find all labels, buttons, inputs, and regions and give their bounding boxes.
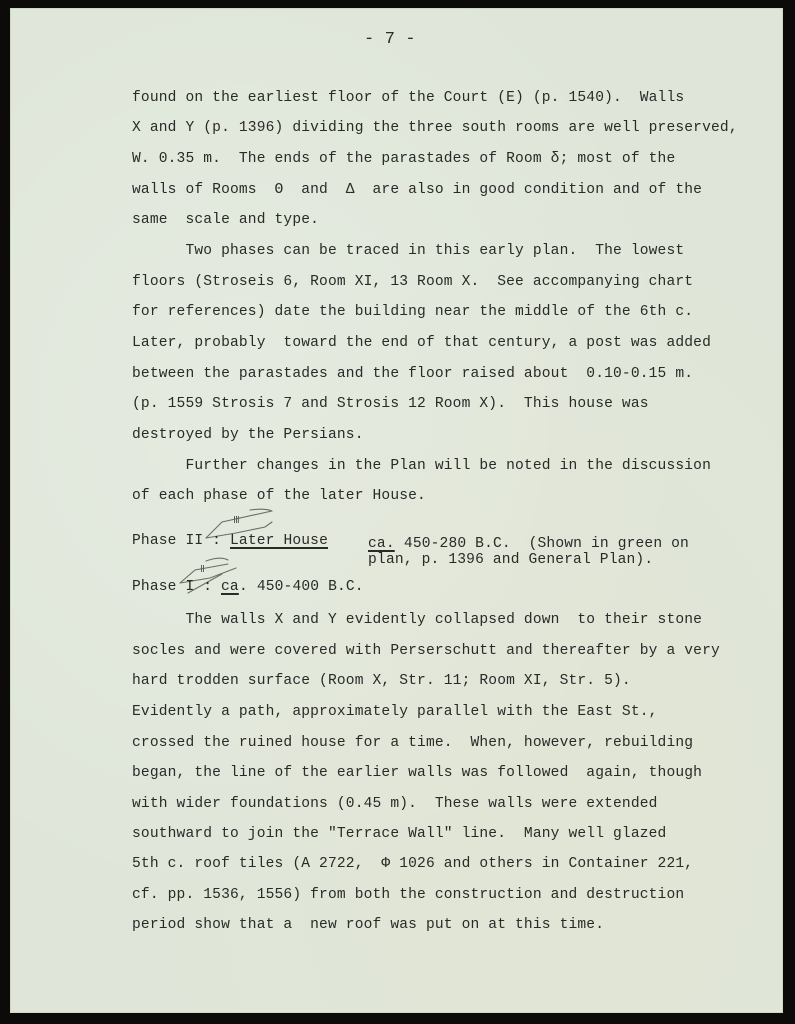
text-line: cf. pp. 1536, 1556) from both the constr… xyxy=(132,888,684,903)
handwritten-numeral-ii: II xyxy=(200,564,204,575)
phase-1-dates: . 450-400 B.C. xyxy=(239,580,364,595)
text-line: period show that a new roof was put on a… xyxy=(132,918,604,933)
text-line: hard trodden surface (Room X, Str. 11; R… xyxy=(132,674,631,689)
phase-2-ca: ca. xyxy=(368,537,395,552)
phase-1-label: Phase I : xyxy=(132,580,221,595)
text-line: southward to join the "Terrace Wall" lin… xyxy=(132,827,666,842)
handwritten-numeral-iii: III xyxy=(233,515,239,526)
text-line: The walls X and Y evidently collapsed do… xyxy=(132,613,702,628)
text-line: began, the line of the earlier walls was… xyxy=(132,766,702,781)
text-line: crossed the ruined house for a time. Whe… xyxy=(132,736,693,751)
phase-2-dates-line2: an, p. 1396 and General Plan). xyxy=(386,553,653,568)
phase-2-dates: 450-280 B.C. (Shown in green on xyxy=(395,537,689,552)
phase-2-title: Later House xyxy=(230,534,328,549)
text-line: with wider foundations (0.45 m). These w… xyxy=(132,797,658,812)
phase-2-pl: pl xyxy=(368,553,386,568)
phase-1-ca: ca xyxy=(221,580,239,595)
text-line: Evidently a path, approximately parallel… xyxy=(132,705,658,720)
text-line: 5th c. roof tiles (A 2722, Φ 1026 and ot… xyxy=(132,857,693,872)
text-line: socles and were covered with Perserschut… xyxy=(132,644,720,659)
phase-2-label: Phase II : xyxy=(132,534,230,549)
document-page: - 7 - found on the earliest floor of the… xyxy=(10,8,783,1013)
